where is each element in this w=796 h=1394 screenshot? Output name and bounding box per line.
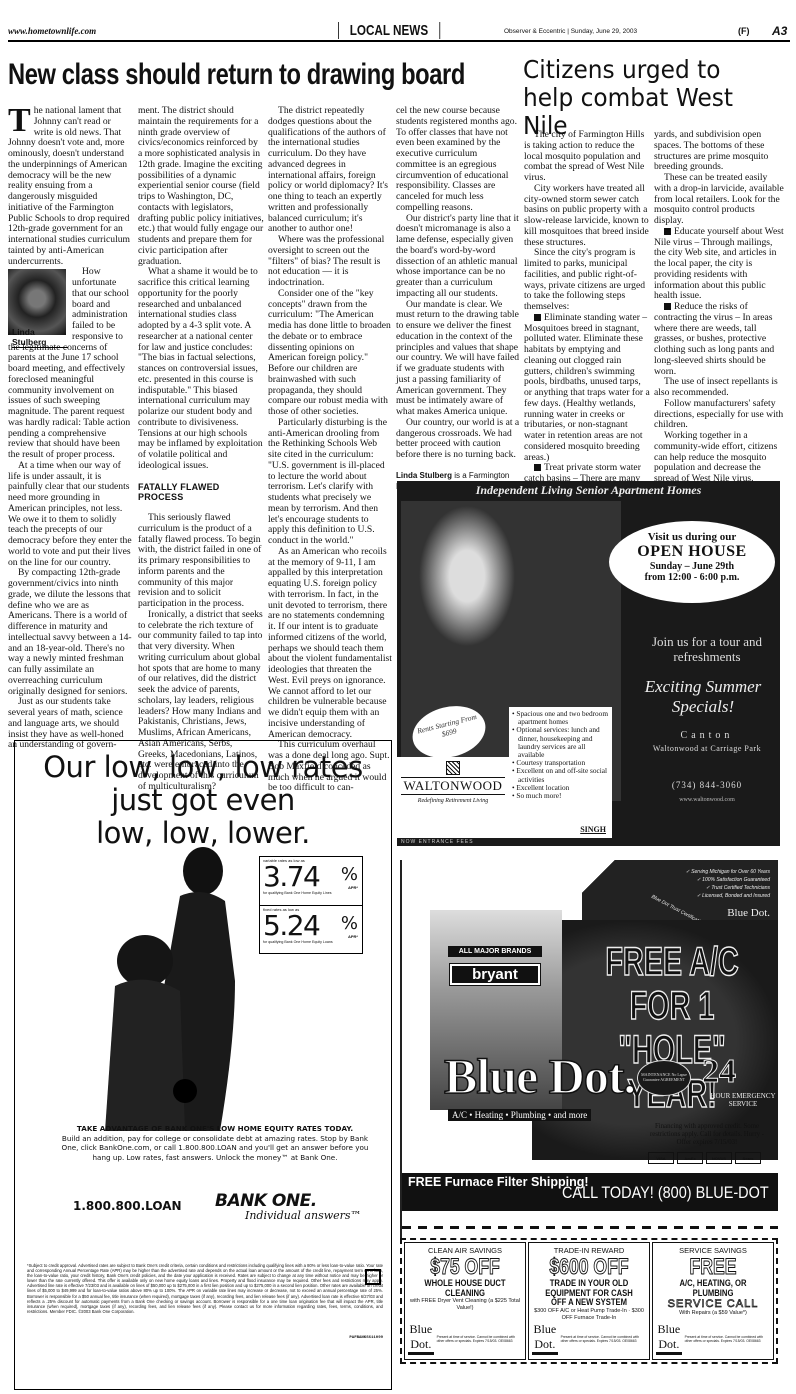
coupon-trade-in[interactable]: TRADE-IN REWARD $600 OFF TRADE IN YOUR O… <box>528 1242 650 1360</box>
bryant-logo: bryant <box>450 964 540 985</box>
visa-icon: VISA <box>648 1152 674 1164</box>
ad-bank-one[interactable]: Our low, low, low rates just got even lo… <box>14 740 392 1390</box>
article-headline-drawing-board: New class should return to drawing board <box>8 58 465 92</box>
ad-phone[interactable]: 1.800.800.LOAN <box>73 1199 182 1213</box>
family-photo <box>85 841 265 1131</box>
square-bullet-icon <box>664 303 671 310</box>
square-bullet-icon <box>664 228 671 235</box>
payment-cards: VISA AmEx NOVUS Sears <box>648 1152 761 1164</box>
ad-phone[interactable]: (734) 844-3060 <box>633 780 780 790</box>
sears-icon: Sears <box>735 1152 761 1164</box>
subhead: FATALLY FLAWED PROCESS <box>138 482 264 504</box>
square-bullet-icon <box>534 314 541 321</box>
services-bar: A/C • Heating • Plumbing • and more <box>448 1109 591 1121</box>
call-today-phone[interactable]: CALL TODAY! (800) BLUE-DOT <box>562 1183 769 1203</box>
24-hour-badge: 24 <box>702 1053 736 1091</box>
blue-dot-small-logo: Blue Dot. <box>727 908 770 918</box>
maintenance-seal: MAINTENANCE No Lapse Guarantee AGREEMENT <box>637 1060 691 1096</box>
coupon-strip: CLEAN AIR SAVINGS $75 OFF WHOLE HOUSE DU… <box>400 1238 778 1364</box>
coupon-clean-air[interactable]: CLEAN AIR SAVINGS $75 OFF WHOLE HOUSE DU… <box>404 1242 526 1360</box>
ad-waltonwood[interactable]: Independent Living Senior Apartment Home… <box>397 481 780 846</box>
financing-note: Financing with approved credit. Some res… <box>642 1123 772 1147</box>
coupon-cut-line <box>402 1226 778 1229</box>
dateline: Observer & Eccentric | Sunday, June 29, … <box>504 28 637 35</box>
coupon-service[interactable]: SERVICE SAVINGS FREE A/C, HEATING, OR PL… <box>652 1242 774 1360</box>
header-rule <box>8 40 790 42</box>
summer-specials: Exciting Summer Specials! <box>623 677 780 717</box>
site-url[interactable]: www.hometownlife.com <box>8 26 96 36</box>
blue-dot-logo: Blue Dot. <box>656 1322 682 1355</box>
bullet-standing-water: Eliminate standing water – Mosquitoes br… <box>524 313 650 464</box>
square-bullet-icon <box>534 464 541 471</box>
blue-dot-logo: Blue Dot. <box>444 1050 635 1102</box>
ad-website[interactable]: www.waltonwood.com <box>633 797 780 803</box>
photo-caption-label: Linda Stulberg <box>12 327 68 348</box>
blue-dot-logo: Blue Dot. <box>532 1322 558 1355</box>
article1-column-2: ment. The district should maintain the r… <box>138 106 264 793</box>
bank-one-logo: BANK ONE. <box>215 1191 317 1211</box>
waltonwood-mark-icon <box>446 761 460 775</box>
fixed-rate: fixed rates as low as 5.24 % APR* for qu… <box>260 906 362 955</box>
rate-box: variable rates as low as 3.74 % APR* for… <box>259 856 363 954</box>
section-title: LOCAL NEWS <box>338 22 440 39</box>
equal-housing-lender-icon <box>365 1269 381 1285</box>
entrance-fee-note: NOW ENTRANCE FEES <box>401 839 474 845</box>
ad-code: PAFBANKS611099 <box>349 1336 383 1340</box>
author-photo <box>8 269 66 335</box>
article2-column-2: yards, and subdivision open spaces. The … <box>654 130 784 528</box>
waltonwood-logo: WALTONWOOD Redefining Retirement Living <box>397 757 509 838</box>
bank-one-slogan: Individual answers™ <box>245 1209 362 1222</box>
page-header: www.hometownlife.com LOCAL NEWS Observer… <box>0 22 796 40</box>
article1-column-4: cel the new course because students regi… <box>396 106 520 492</box>
article2-column-1: The city of Farmington Hills is taking a… <box>524 130 650 506</box>
location: Canton Waltonwood at Carriage Park <box>633 729 780 755</box>
feature-list: Spacious one and two bedroom apartment h… <box>509 707 612 838</box>
edition-marker: (F) <box>738 26 750 36</box>
article-headline-west-nile: Citizens urged to help combat West Nile <box>523 56 774 140</box>
variable-rate: variable rates as low as 3.74 % APR* for… <box>260 857 362 906</box>
novus-icon: NOVUS <box>706 1152 732 1164</box>
all-brands-label: ALL MAJOR BRANDS <box>448 946 542 957</box>
ad-banner: Independent Living Senior Apartment Home… <box>397 483 780 498</box>
open-house-oval: Visit us during our OPEN HOUSE Sunday – … <box>609 521 775 603</box>
singh-logo: SINGH <box>580 826 606 834</box>
blue-dot-logo: Blue Dot. <box>408 1322 434 1355</box>
ad-blue-dot[interactable]: ✓ Serving Michigan for Over 60 Years ✓ 1… <box>400 860 778 1240</box>
join-text: Join us for a tour and refreshments <box>637 634 777 664</box>
bullet-educate: Educate yourself about West Nile virus –… <box>654 227 784 302</box>
fine-print: *Subject to credit approval. Advertised … <box>27 1263 383 1314</box>
amex-icon: AmEx <box>677 1152 703 1164</box>
bullet-reduce-risk: Reduce the risks of contracting the viru… <box>654 302 784 377</box>
article1-column-3: The district repeatedly dodges questions… <box>268 106 392 794</box>
page-number: A3 <box>772 24 787 38</box>
ad-tagline: Our low, low, low rates just got even lo… <box>15 751 391 850</box>
ad-copy: TAKE ADVANTAGE OF BANK ONE'S LOW HOME EQ… <box>55 1124 375 1162</box>
article1-column-1: The national lament that Johnny can't re… <box>8 106 132 751</box>
drop-cap: T <box>8 107 31 135</box>
